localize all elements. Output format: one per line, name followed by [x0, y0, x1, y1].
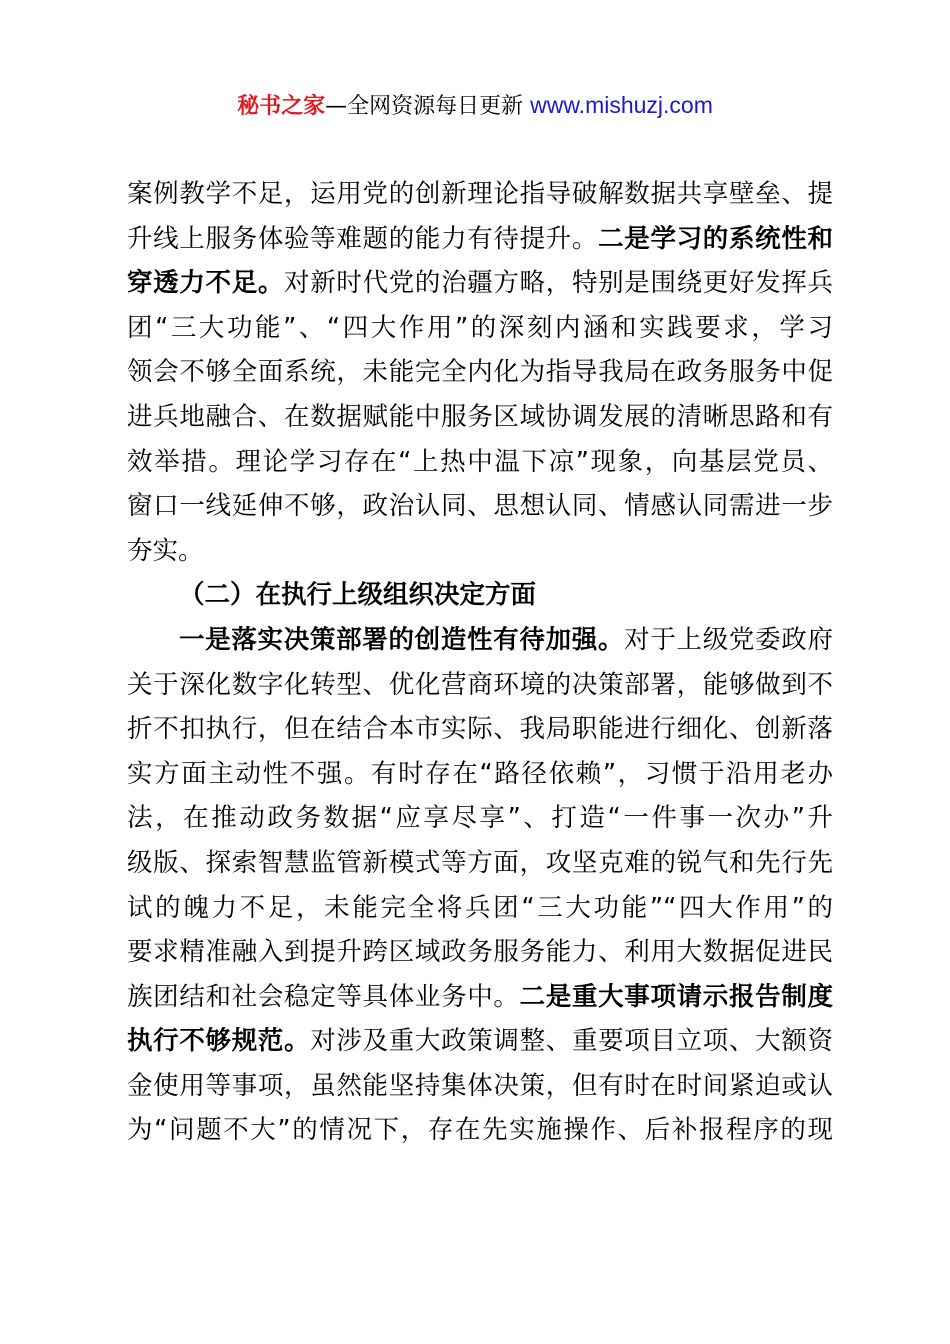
text-line: 团“三大功能”、“四大作用”的深刻内涵和实践要求，学习 — [127, 306, 833, 351]
text-line: 进兵地融合、在数据赋能中服务区域协调发展的清晰思路和有 — [127, 395, 833, 440]
text-line: 族团结和社会稳定等具体业务中。二是重大事项请示报告制度 — [127, 975, 833, 1020]
text-line: 执行不够规范。对涉及重大政策调整、重要项目立项、大额资 — [127, 1019, 833, 1064]
text-run: 关于深化数字化转型、优化营商环境的决策部署，能够做到不 — [127, 670, 833, 700]
brand-name: 秘书之家 — [237, 94, 325, 119]
header-slogan: —全网资源每日更新 — [325, 94, 530, 119]
text-run: 夯实。 — [127, 536, 204, 566]
text-run: 为“问题不大”的情况下，存在先实施操作、后补报程序的现 — [127, 1115, 833, 1145]
text-run: 族团结和社会稳定等具体业务中。 — [127, 982, 520, 1012]
text-line: 升线上服务体验等难题的能力有待提升。二是学习的系统性和 — [127, 217, 833, 262]
text-run: 级版、探索智慧监管新模式等方面，攻坚克难的锐气和先行先 — [127, 848, 833, 878]
text-run: 对新时代党的治疆方略，特别是围绕更好发挥兵 — [284, 268, 833, 298]
bold-heading-run: 一是落实决策部署的创造性有待加强。 — [179, 625, 624, 655]
text-line: 领会不够全面系统，未能完全内化为指导我局在政务服务中促 — [127, 350, 833, 395]
text-run: 对于上级党委政府 — [624, 625, 833, 655]
text-run: 实方面主动性不强。有时存在“路径依赖”，习惯于沿用老办 — [127, 759, 833, 789]
text-line: 一是落实决策部署的创造性有待加强。对于上级党委政府 — [127, 618, 833, 663]
text-run: 折不扣执行，但在结合本市实际、我局职能进行细化、创新落 — [127, 714, 833, 744]
text-line: 穿透力不足。对新时代党的治疆方略，特别是围绕更好发挥兵 — [127, 261, 833, 306]
text-line: 法，在推动政务数据“应享尽享”、打造“一件事一次办”升 — [127, 796, 833, 841]
text-run: 升线上服务体验等难题的能力有待提升。 — [127, 224, 598, 254]
text-run: 要求精准融入到提升跨区域政务服务能力、利用大数据促进民 — [127, 937, 833, 967]
bold-heading-run: 穿透力不足。 — [127, 268, 284, 298]
text-line: 夯实。 — [127, 529, 833, 574]
watermark-header: 秘书之家—全网资源每日更新 www.mishuzj.com — [0, 88, 950, 124]
text-run: 金使用等事项，虽然能坚持集体决策，但有时在时间紧迫或认 — [127, 1071, 833, 1101]
text-run: 试的魄力不足，未能完全将兵团“三大功能”“四大作用”的 — [127, 893, 833, 923]
section-heading-text: （二）在执行上级组织决定方面 — [179, 580, 536, 610]
text-line: 试的魄力不足，未能完全将兵团“三大功能”“四大作用”的 — [127, 886, 833, 931]
text-line: 关于深化数字化转型、优化营商环境的决策部署，能够做到不 — [127, 663, 833, 708]
document-body: 案例教学不足，运用党的创新理论指导破解数据共享壁垒、提 升线上服务体验等难题的能… — [127, 172, 833, 1153]
text-line: 效举措。理论学习存在“上热中温下凉”现象，向基层党员、 — [127, 440, 833, 485]
text-run: 窗口一线延伸不够，政治认同、思想认同、情感认同需进一步 — [127, 491, 833, 521]
bold-heading-run: 二是学习的系统性和 — [598, 224, 833, 254]
text-run: 对涉及重大政策调整、重要项目立项、大额资 — [310, 1026, 833, 1056]
bold-heading-run: 执行不够规范。 — [127, 1026, 310, 1056]
site-link[interactable]: www.mishuzj.com — [530, 92, 713, 118]
text-run: 团“三大功能”、“四大作用”的深刻内涵和实践要求，学习 — [127, 313, 833, 343]
text-line: 级版、探索智慧监管新模式等方面，攻坚克难的锐气和先行先 — [127, 841, 833, 886]
text-line: 金使用等事项，虽然能坚持集体决策，但有时在时间紧迫或认 — [127, 1064, 833, 1109]
bold-heading-run: 二是重大事项请示报告制度 — [520, 982, 833, 1012]
text-run: 领会不够全面系统，未能完全内化为指导我局在政务服务中促 — [127, 357, 833, 387]
text-line: 实方面主动性不强。有时存在“路径依赖”，习惯于沿用老办 — [127, 752, 833, 797]
text-run: 效举措。理论学习存在“上热中温下凉”现象，向基层党员、 — [127, 447, 833, 477]
text-line: 案例教学不足，运用党的创新理论指导破解数据共享壁垒、提 — [127, 172, 833, 217]
text-run: 进兵地融合、在数据赋能中服务区域协调发展的清晰思路和有 — [127, 402, 833, 432]
text-line: 要求精准融入到提升跨区域政务服务能力、利用大数据促进民 — [127, 930, 833, 975]
text-run: 案例教学不足，运用党的创新理论指导破解数据共享壁垒、提 — [127, 179, 833, 209]
text-run: 法，在推动政务数据“应享尽享”、打造“一件事一次办”升 — [127, 803, 833, 833]
text-line: 折不扣执行，但在结合本市实际、我局职能进行细化、创新落 — [127, 707, 833, 752]
text-line: 为“问题不大”的情况下，存在先实施操作、后补报程序的现 — [127, 1108, 833, 1153]
text-line: 窗口一线延伸不够，政治认同、思想认同、情感认同需进一步 — [127, 484, 833, 529]
section-heading: （二）在执行上级组织决定方面 — [127, 573, 833, 618]
